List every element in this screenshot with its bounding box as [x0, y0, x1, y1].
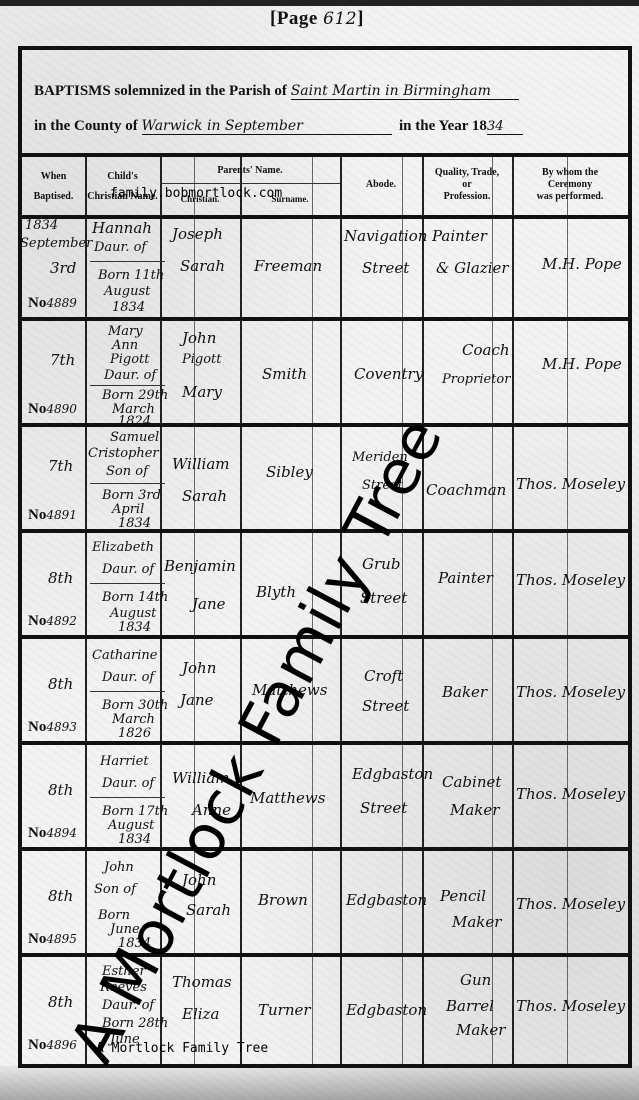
child-born-divider	[90, 583, 165, 584]
mother-name: Sarah	[180, 257, 225, 275]
officiant: Thos. Moseley	[516, 997, 625, 1015]
quality: Gun	[460, 971, 491, 989]
abode-line2: Street	[360, 799, 407, 817]
father-name-2: Pigott	[182, 351, 222, 369]
abode-line2: Street	[362, 259, 409, 277]
surname: Turner	[258, 1001, 311, 1019]
surname: Smith	[262, 365, 307, 383]
child-relation: Daur. of	[102, 775, 154, 793]
mother-name: Sarah	[182, 487, 227, 505]
entry-day: 3rd	[50, 259, 76, 277]
born-year: 1834	[118, 515, 151, 533]
county-name: Warwick in September	[142, 118, 392, 135]
parish-name: Saint Martin in Birmingham	[291, 83, 519, 100]
born-year: 1834	[118, 831, 151, 849]
child-relation: Son of	[94, 881, 136, 899]
father-name: John	[182, 659, 216, 677]
mother-name: Jane	[180, 691, 214, 709]
header-text: Quality, Trade,	[422, 167, 512, 179]
scan-edge-top	[0, 0, 639, 6]
entry-number: No4894	[28, 825, 77, 842]
entry-number-value: 4891	[46, 508, 77, 522]
entry-day: 8th	[48, 993, 73, 1011]
entry-day: 8th	[48, 569, 73, 587]
father-name: Thomas	[172, 973, 232, 991]
entry-number-value: 4889	[46, 296, 77, 310]
officiant: M.H. Pope	[542, 355, 622, 373]
quality: Pencil	[440, 887, 486, 905]
mother-name: Mary	[182, 383, 222, 401]
child-relation: Daur. of	[104, 367, 156, 385]
page-label: [Page	[270, 8, 318, 29]
watermark-url: family.bobmortlock.com	[110, 186, 282, 201]
quality-line2: Maker	[452, 913, 501, 931]
child-name: Elizabeth	[92, 539, 154, 557]
county-prefix: in the County of	[34, 118, 138, 134]
entry-number: No4889	[28, 295, 77, 312]
quality-line2: Proprietor	[442, 371, 510, 389]
abode: Croft	[364, 667, 403, 685]
quality-line2: & Glazier	[436, 259, 509, 277]
child-born-divider	[90, 797, 165, 798]
born-year: 1834	[118, 619, 151, 637]
child-name: Harriet	[100, 753, 149, 771]
register-title: BAPTISMS solemnized in the Parish of Sai…	[34, 83, 519, 100]
child-born-divider	[90, 483, 165, 484]
header-abode: Abode.	[340, 179, 422, 191]
child-name: Catharine	[92, 647, 157, 665]
page-number-value: 612	[323, 9, 357, 29]
entry-number: No4891	[28, 507, 77, 524]
entry-day: 7th	[50, 351, 75, 369]
abode: Edgbaston	[346, 1001, 427, 1019]
quality: Painter	[432, 227, 487, 245]
quality: Coach	[462, 341, 510, 359]
baptism-entry-row: 7th Samuel Cristopher Son of Born 3rd Ap…	[22, 427, 628, 533]
born-year: 1826	[118, 725, 151, 743]
entry-month: September	[20, 235, 92, 253]
year-prefix: in the Year 18	[399, 118, 487, 134]
entry-number-value: 4894	[46, 826, 77, 840]
father-name: Joseph	[172, 225, 223, 243]
child-born-divider	[90, 385, 165, 386]
child-relation: Daur. of	[102, 561, 154, 579]
header-text: Ceremony	[512, 179, 628, 191]
entry-number: No4895	[28, 931, 77, 948]
abode-line2: Street	[362, 697, 409, 715]
year-suffix: 34	[487, 119, 523, 135]
title-prefix: BAPTISMS solemnized in the Parish of	[34, 83, 287, 99]
header-text: When	[22, 171, 85, 183]
quality-line2: Maker	[450, 801, 499, 819]
watermark-footer: A Mortlock Family Tree	[96, 1041, 268, 1056]
county-line: in the County of Warwick in September in…	[34, 118, 523, 135]
quality: Coachman	[426, 481, 506, 499]
abode: Edgbaston	[346, 891, 427, 909]
quality: Painter	[438, 569, 493, 587]
officiant: Thos. Moseley	[516, 895, 625, 913]
entry-number: No4890	[28, 401, 77, 418]
entry-day: 8th	[48, 675, 73, 693]
entry-number-value: 4890	[46, 402, 77, 416]
page-bracket: ]	[357, 8, 364, 29]
father-name: John	[182, 329, 216, 347]
surname: Brown	[258, 891, 308, 909]
header-text: or	[422, 179, 512, 191]
entry-number: No4893	[28, 719, 77, 736]
abode: Edgbaston	[352, 765, 433, 783]
surname: Freeman	[254, 257, 322, 275]
child-born-divider	[90, 691, 165, 692]
baptism-entry-row: 1834 September 3rd Hannah Daur. of Born …	[22, 215, 628, 321]
mother-name: Eliza	[182, 1005, 219, 1023]
officiant: Thos. Moseley	[516, 785, 625, 803]
surname: Sibley	[266, 463, 313, 481]
header-text: By whom the	[512, 167, 628, 179]
entry-year: 1834	[25, 217, 58, 235]
born-year: 1834	[112, 299, 145, 317]
header-text: Child's	[85, 171, 160, 183]
entry-number-value: 4895	[46, 932, 77, 946]
entry-number-value: 4892	[46, 614, 77, 628]
officiant: M.H. Pope	[542, 255, 622, 273]
baptism-entry-row: 7th Mary Ann Pigott Daur. of Born 29th M…	[22, 321, 628, 427]
officiant: Thos. Moseley	[516, 475, 625, 493]
header-text: Baptised.	[22, 191, 85, 203]
mother-name: Jane	[192, 595, 226, 613]
quality-line3: Maker	[456, 1021, 505, 1039]
entry-day: 8th	[48, 781, 73, 799]
abode: Coventry	[354, 365, 423, 383]
father-name: William	[172, 455, 230, 473]
header-subdivider	[160, 183, 340, 184]
entry-day: 8th	[48, 887, 73, 905]
quality-line2: Barrel	[446, 997, 494, 1015]
baptism-entry-row: 8th Harriet Daur. of Born 17th August 18…	[22, 745, 628, 851]
quality: Baker	[442, 683, 487, 701]
entry-number-value: 4893	[46, 720, 77, 734]
father-name: Benjamin	[164, 557, 236, 575]
child-relation: Daur. of	[94, 239, 146, 257]
child-name: Hannah	[92, 219, 152, 237]
abode: Navigation	[344, 227, 427, 245]
child-relation: Daur. of	[102, 669, 154, 687]
header-text: was performed.	[512, 191, 628, 203]
header-parents-name: Parents' Name.	[160, 165, 340, 177]
entry-number: No4892	[28, 613, 77, 630]
header-text: Profession.	[422, 191, 512, 203]
page-number: [Page 612]	[270, 8, 364, 30]
child-name-2: Cristopher	[88, 445, 159, 463]
entry-day: 7th	[48, 457, 73, 475]
officiant: Thos. Moseley	[516, 683, 625, 701]
scan-edge-bottom	[0, 1066, 639, 1100]
child-born-divider	[90, 261, 165, 262]
child-name: John	[104, 859, 134, 877]
officiant: Thos. Moseley	[516, 571, 625, 589]
child-relation: Son of	[106, 463, 148, 481]
quality: Cabinet	[442, 773, 501, 791]
